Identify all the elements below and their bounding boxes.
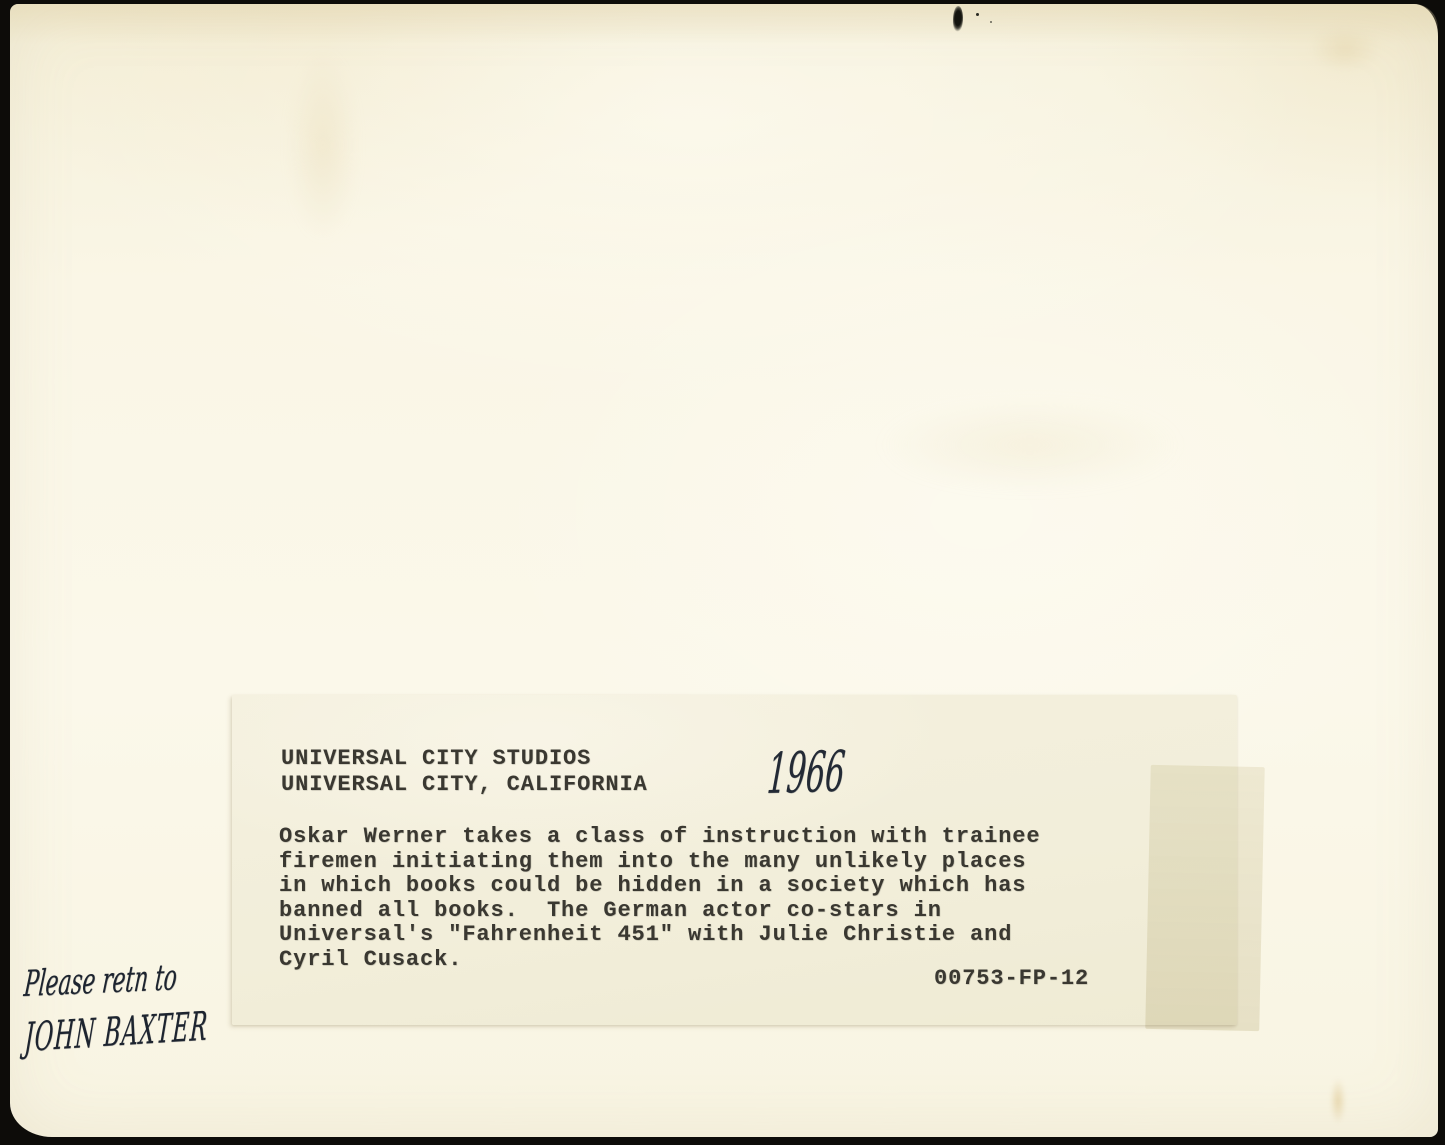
handwritten-return-note: Please retn to JOHN BAXTER [26,964,352,1061]
return-note-line2: JOHN BAXTER [23,1004,209,1061]
label-discoloration-patch [1145,765,1265,1031]
photo-id-text: 00753-FP-12 [934,966,1089,991]
studio-letterhead: UNIVERSAL CITY STUDIOS UNIVERSAL CITY, C… [281,746,648,797]
caption-line: Universal's "Fahrenheit 451" with Julie … [279,923,1041,948]
caption-line: Oskar Werner takes a class of instructio… [279,825,1041,850]
photo-id-number: 00753-FP-12 [934,966,1089,991]
photo-verso-scan: UNIVERSAL CITY STUDIOS UNIVERSAL CITY, C… [0,0,1445,1145]
studio-location: UNIVERSAL CITY, CALIFORNIA [281,772,648,798]
caption-line: in which books could be hidden in a soci… [279,874,1041,899]
ink-speck [976,13,979,16]
return-note-line1: Please retn to [22,955,222,1005]
caption-paragraph: Oskar Werner takes a class of instructio… [279,825,1041,973]
caption-line: banned all books. The German actor co-st… [279,899,1041,924]
caption-line: firemen initiating them into the many un… [279,850,1041,875]
ink-speck [990,21,992,23]
handwritten-year: 1966 [765,740,847,807]
studio-name: UNIVERSAL CITY STUDIOS [281,746,648,772]
caption-line: Cyril Cusack. [279,948,1041,973]
